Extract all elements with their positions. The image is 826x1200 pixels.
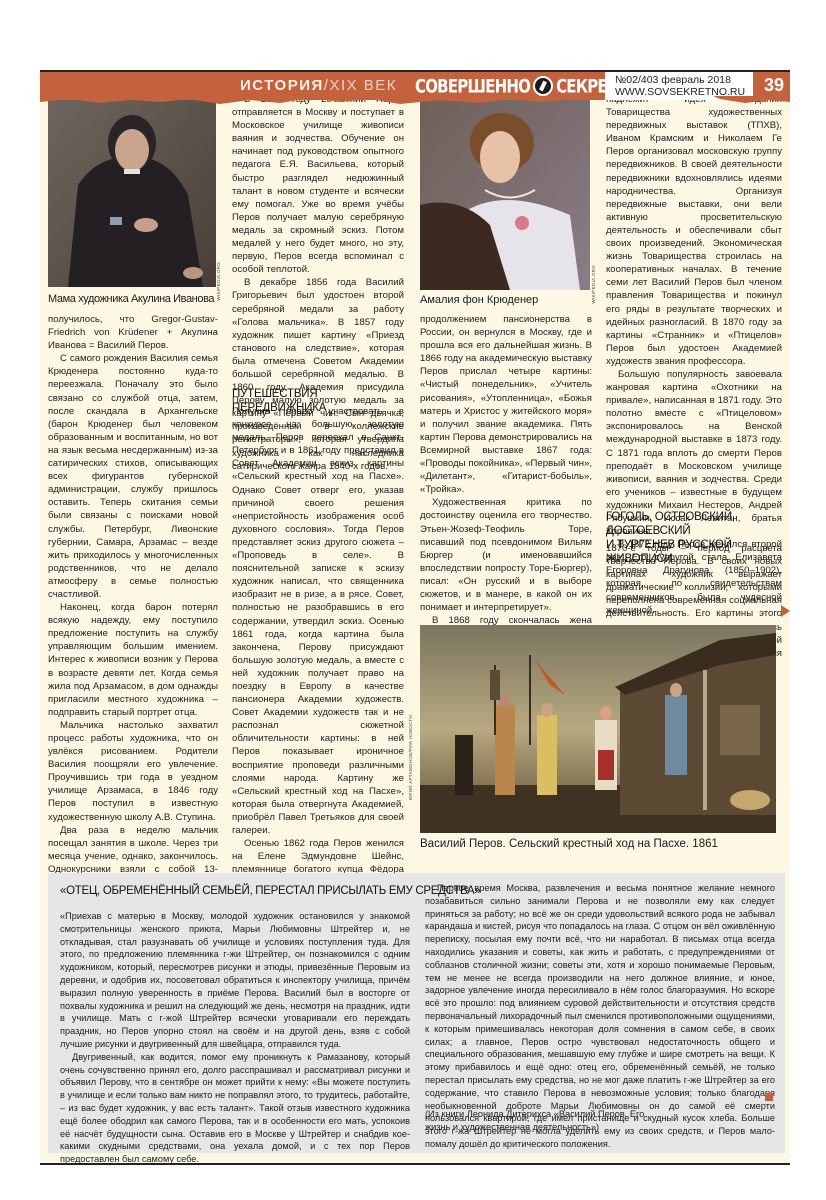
portrait-mother-photo <box>48 95 216 287</box>
header-torn-edge <box>40 96 790 106</box>
photo-caption-mother: Мама художника Акулина Иванова <box>48 293 214 305</box>
paragraph: В 1853 году 20-летний Перов отправляется… <box>232 93 404 276</box>
logo-left-word: СОВЕРШЕННО <box>415 75 530 98</box>
photo-credit: WIKIPEDIA.ORG <box>216 262 221 301</box>
page-number: 39 <box>764 75 784 96</box>
rubric-subtitle: /XIX ВЕК <box>324 77 397 94</box>
photo-credit: ЮРИЙ АРТАМОНОВ/РИА НОВОСТИ <box>408 715 413 800</box>
paragraph: Художественная критика по достоинству оц… <box>420 496 592 614</box>
bottom-rule <box>40 1163 790 1165</box>
subheading-line: ГОГОЛЬ, ОСТРОВСКИЙ, ДОСТОЕВСКИЙ <box>606 510 786 538</box>
paragraph: «Приехав с матерью в Москву, молодой худ… <box>60 910 410 1051</box>
paragraph: Наконец, когда барон потерял всякую наде… <box>48 601 218 719</box>
continue-arrow-icon <box>781 605 790 617</box>
photo-caption-amalia: Амалия фон Крюденер <box>420 294 538 306</box>
section-rubric: ИСТОРИЯ/XIX ВЕК <box>240 77 397 94</box>
end-of-article-square-icon <box>765 1093 773 1101</box>
paragraph: Двугривенный, как водится, помог ему про… <box>60 1051 410 1166</box>
paragraph: Получив право участвовать в конкурсе на … <box>232 405 404 837</box>
sidebar-left-column: «Приехав с матерью в Москву, молодой худ… <box>60 910 410 1166</box>
sidebar-source: (Из книги Леонида Дитерихса «Василий Пер… <box>425 1108 645 1134</box>
paragraph: С самого рождения Василия семья Крюденер… <box>48 352 218 601</box>
paragraph: надлежит идея создания Товарищества худо… <box>606 93 782 368</box>
painting-caption: Василий Перов. Сельский крестный ход на … <box>420 838 718 850</box>
paragraph: получилось, что Gregor-Gustav-Friedrich … <box>48 313 218 352</box>
issue-number-date: №02/403 февраль 2018 <box>615 74 753 86</box>
painting-easter-procession <box>420 625 776 833</box>
rubric-title: ИСТОРИЯ <box>240 77 324 94</box>
paragraph: Мальчика настолько захватил процесс рабо… <box>48 719 218 824</box>
paragraph: продолжением пансионерства в России, он … <box>420 313 592 496</box>
logo-emblem-icon <box>533 76 553 96</box>
top-rule <box>40 70 790 72</box>
photo-credit: WIKIPEDIA.ORG <box>591 265 596 304</box>
sidebar-title: «ОТЕЦ, ОБРЕМЕНЁННЫЙ СЕМЬЁЙ, ПЕРЕСТАЛ ПРИ… <box>60 885 480 897</box>
portrait-amalia-photo <box>420 95 590 290</box>
